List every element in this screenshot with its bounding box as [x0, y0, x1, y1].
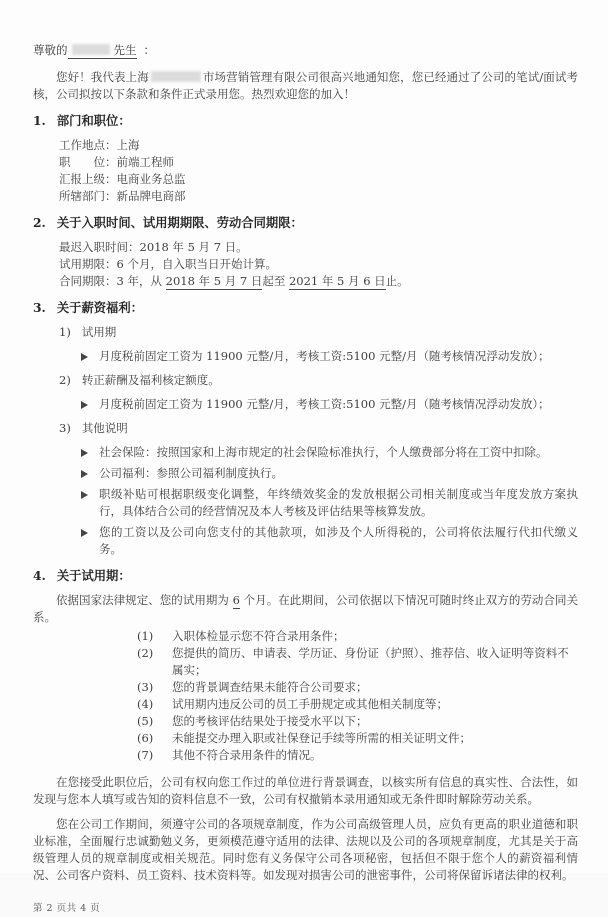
group-3-title: 其他说明	[82, 420, 128, 437]
grade-allowance-text: 职级补贴可根据职级变化调整，年终绩效奖金的发放根据公司相关制度或当年度发放方案执…	[99, 486, 578, 520]
condition-number: (6)	[137, 730, 161, 747]
condition-number: (7)	[137, 747, 161, 764]
arrow-bullet-icon	[81, 470, 88, 478]
intro-paragraph: 您好！我代表上海市场营销管理有限公司很高兴地通知您，您已经通过了公司的笔试/面试…	[33, 69, 578, 103]
section-1-heading: 1. 部门和职位：	[33, 112, 578, 129]
condition-item: (2) 您提供的简历、申请表、学历证、身份证（护照）、推荐信、收入证明等资料不属…	[33, 645, 578, 679]
contract-term-middle: 起至	[262, 274, 289, 288]
probation-intro-paragraph: 依据国家法律规定、您的试用期为 6 个月。在此期间，公司依据以下情况可随时终止双…	[33, 592, 578, 626]
section-3-number: 3.	[33, 299, 46, 316]
section-probation: 4. 关于试用期： 依据国家法律规定、您的试用期为 6 个月。在此期间，公司依据…	[33, 567, 578, 884]
redacted-recipient-name	[72, 44, 110, 55]
section-3-heading: 3. 关于薪资福利：	[33, 299, 578, 316]
section-1-number: 1.	[33, 112, 46, 129]
section-3-title: 关于薪资福利：	[57, 299, 143, 316]
group-3-number: 3)	[59, 420, 71, 437]
position-line: 职 位：前端工程师	[59, 154, 578, 171]
section-2-title: 关于入职时间、试用期期限、劳动合同期限：	[57, 214, 303, 231]
tax-withholding-text: 您的工资以及公司向您支付的其他款项，如涉及个人所得税的，公司将依法履行代扣代缴义…	[99, 524, 578, 558]
section-4-heading: 4. 关于试用期：	[33, 567, 578, 584]
reporting-line: 汇报上级：电商业务总监	[59, 171, 578, 188]
arrow-bullet-icon	[81, 491, 88, 499]
grade-allowance-bullet: 职级补贴可根据职级变化调整，年终绩效奖金的发放根据公司相关制度或当年度发放方案执…	[59, 486, 578, 520]
probation-salary-heading: 1) 试用期	[59, 324, 578, 341]
condition-item: (5) 您的考核评估结果处于接受水平以下；	[33, 713, 578, 730]
regular-salary-heading: 2) 转正薪酬及福利核定额度。	[59, 372, 578, 389]
confidentiality-paragraph: 您在公司工作期间，须遵守公司的各项规章制度，作为公司高级管理人员，应负有更高的职…	[33, 816, 578, 884]
work-location-line: 工作地点：上海	[59, 137, 578, 154]
salutation-prefix: 尊敬的	[33, 43, 68, 57]
group-2-title: 转正薪酬及福利核定额度。	[82, 372, 220, 389]
condition-item: (3) 您的背景调查结果未能符合公司要求；	[33, 679, 578, 696]
document-page: 尊敬的先生： 您好！我代表上海市场营销管理有限公司很高兴地通知您，您已经通过了公…	[0, 0, 608, 873]
condition-number: (4)	[137, 696, 161, 713]
company-welfare-bullet: 公司福利：参照公司福利制度执行。	[59, 465, 578, 482]
arrow-bullet-icon	[81, 529, 88, 537]
section-1-body: 工作地点：上海 职 位：前端工程师 汇报上级：电商业务总监 所辖部门：新品牌电商…	[33, 137, 578, 205]
termination-conditions-list: (1) 入职体检显示您不符合录用条件； (2) 您提供的简历、申请表、学历证、身…	[33, 628, 578, 764]
regular-salary-group: 2) 转正薪酬及福利核定额度。 月度税前固定工资为 11900 元整/月，考核工…	[59, 372, 578, 413]
condition-item: (6) 未能提交办理入职或社保登记手续等所需的相关证明文件；	[33, 730, 578, 747]
section-4-title: 关于试用期：	[57, 567, 131, 584]
salutation-line: 尊敬的先生：	[33, 42, 578, 59]
condition-text: 试用期内违反公司的员工手册规定或其他相关制度等；	[172, 696, 448, 713]
recipient-underline: 先生	[68, 43, 137, 59]
arrow-bullet-icon	[81, 449, 88, 457]
condition-number: (2)	[137, 645, 161, 679]
section-2-heading: 2. 关于入职时间、试用期期限、劳动合同期限：	[33, 214, 578, 231]
probation-months-underlined: 6	[233, 593, 240, 609]
page-footer: 第 2 页共 4 页	[33, 900, 578, 917]
probation-intro-part1: 依据国家法律规定、您的试用期为	[56, 593, 233, 607]
section-4-number: 4.	[33, 567, 46, 584]
redacted-company-name	[151, 71, 201, 82]
section-2-body: 最迟入职时间：2018 年 5 月 7 日。 试用期限：6 个月，自入职当日开始…	[33, 239, 578, 290]
probation-salary-bullet: 月度税前固定工资为 11900 元整/月，考核工资:5100 元整/月（随考核情…	[59, 348, 578, 365]
condition-item: (7) 其他不符合录用条件的情况。	[33, 747, 578, 764]
section-dates-terms: 2. 关于入职时间、试用期期限、劳动合同期限： 最迟入职时间：2018 年 5 …	[33, 214, 578, 290]
other-notes-heading: 3) 其他说明	[59, 420, 578, 437]
group-2-number: 2)	[59, 372, 71, 389]
company-welfare-text: 公司福利：参照公司福利制度执行。	[99, 465, 283, 482]
regular-salary-bullet: 月度税前固定工资为 11900 元整/月，考核工资:5100 元整/月（随考核情…	[59, 396, 578, 413]
probation-salary-text: 月度税前固定工资为 11900 元整/月，考核工资:5100 元整/月（随考核情…	[99, 348, 550, 365]
background-check-paragraph: 在您接受此职位后，公司有权向您工作过的单位进行背景调查，以核实所有信息的真实性、…	[33, 774, 578, 808]
intro-text-before-company: 您好！我代表上海	[56, 70, 149, 84]
department-line: 所辖部门：新品牌电商部	[59, 188, 578, 205]
condition-number: (5)	[137, 713, 161, 730]
contract-term-suffix: 止。	[386, 274, 409, 288]
probation-length-line: 试用期限：6 个月，自入职当日开始计算。	[59, 256, 578, 273]
condition-item: (4) 试用期内违反公司的员工手册规定或其他相关制度等；	[33, 696, 578, 713]
section-compensation: 3. 关于薪资福利： 1) 试用期 月度税前固定工资为 11900 元整/月，考…	[33, 299, 578, 558]
other-notes-group: 3) 其他说明 社会保险：按照国家和上海市规定的社会保险标准执行，个人缴费部分将…	[59, 420, 578, 558]
tax-withholding-bullet: 您的工资以及公司向您支付的其他款项，如涉及个人所得税的，公司将依法履行代扣代缴义…	[59, 524, 578, 558]
contract-term-line: 合同期限：3 年，从 2018 年 5 月 7 日起至 2021 年 5 月 6…	[59, 273, 578, 290]
page-number: 第 2 页共 4 页	[33, 903, 100, 914]
arrow-bullet-icon	[81, 401, 88, 409]
condition-text: 您的考核评估结果处于接受水平以下；	[172, 713, 368, 730]
condition-text: 入职体检显示您不符合录用条件；	[172, 628, 345, 645]
arrow-bullet-icon	[81, 353, 88, 361]
group-1-number: 1)	[59, 324, 71, 341]
condition-text: 其他不符合录用条件的情况。	[172, 747, 322, 764]
group-1-title: 试用期	[82, 324, 117, 341]
condition-text: 您提供的简历、申请表、学历证、身份证（护照）、推荐信、收入证明等资料不属实；	[172, 645, 578, 679]
regular-salary-text: 月度税前固定工资为 11900 元整/月，考核工资:5100 元整/月（随考核情…	[99, 396, 550, 413]
condition-text: 您的背景调查结果未能符合公司要求；	[172, 679, 368, 696]
section-2-number: 2.	[33, 214, 46, 231]
condition-number: (1)	[137, 628, 161, 645]
section-3-body: 1) 试用期 月度税前固定工资为 11900 元整/月，考核工资:5100 元整…	[33, 324, 578, 558]
condition-text: 未能提交办理入职或社保登记手续等所需的相关证明文件；	[172, 730, 471, 747]
social-insurance-bullet: 社会保险：按照国家和上海市规定的社会保险标准执行，个人缴费部分将在工资中扣除。	[59, 444, 578, 461]
salutation-honorific: 先生	[114, 43, 137, 57]
salutation-colon: ：	[144, 43, 156, 57]
start-date-line: 最迟入职时间：2018 年 5 月 7 日。	[59, 239, 578, 256]
condition-number: (3)	[137, 679, 161, 696]
section-department-position: 1. 部门和职位： 工作地点：上海 职 位：前端工程师 汇报上级：电商业务总监 …	[33, 112, 578, 205]
contract-start-date: 2018 年 5 月 7 日	[166, 274, 263, 290]
section-1-title: 部门和职位：	[57, 112, 131, 129]
condition-item: (1) 入职体检显示您不符合录用条件；	[33, 628, 578, 645]
contract-end-date: 2021 年 5 月 6 日	[289, 274, 386, 290]
social-insurance-text: 社会保险：按照国家和上海市规定的社会保险标准执行，个人缴费部分将在工资中扣除。	[99, 444, 548, 461]
contract-term-prefix: 合同期限：3 年，从	[59, 274, 166, 288]
probation-salary-group: 1) 试用期 月度税前固定工资为 11900 元整/月，考核工资:5100 元整…	[59, 324, 578, 365]
